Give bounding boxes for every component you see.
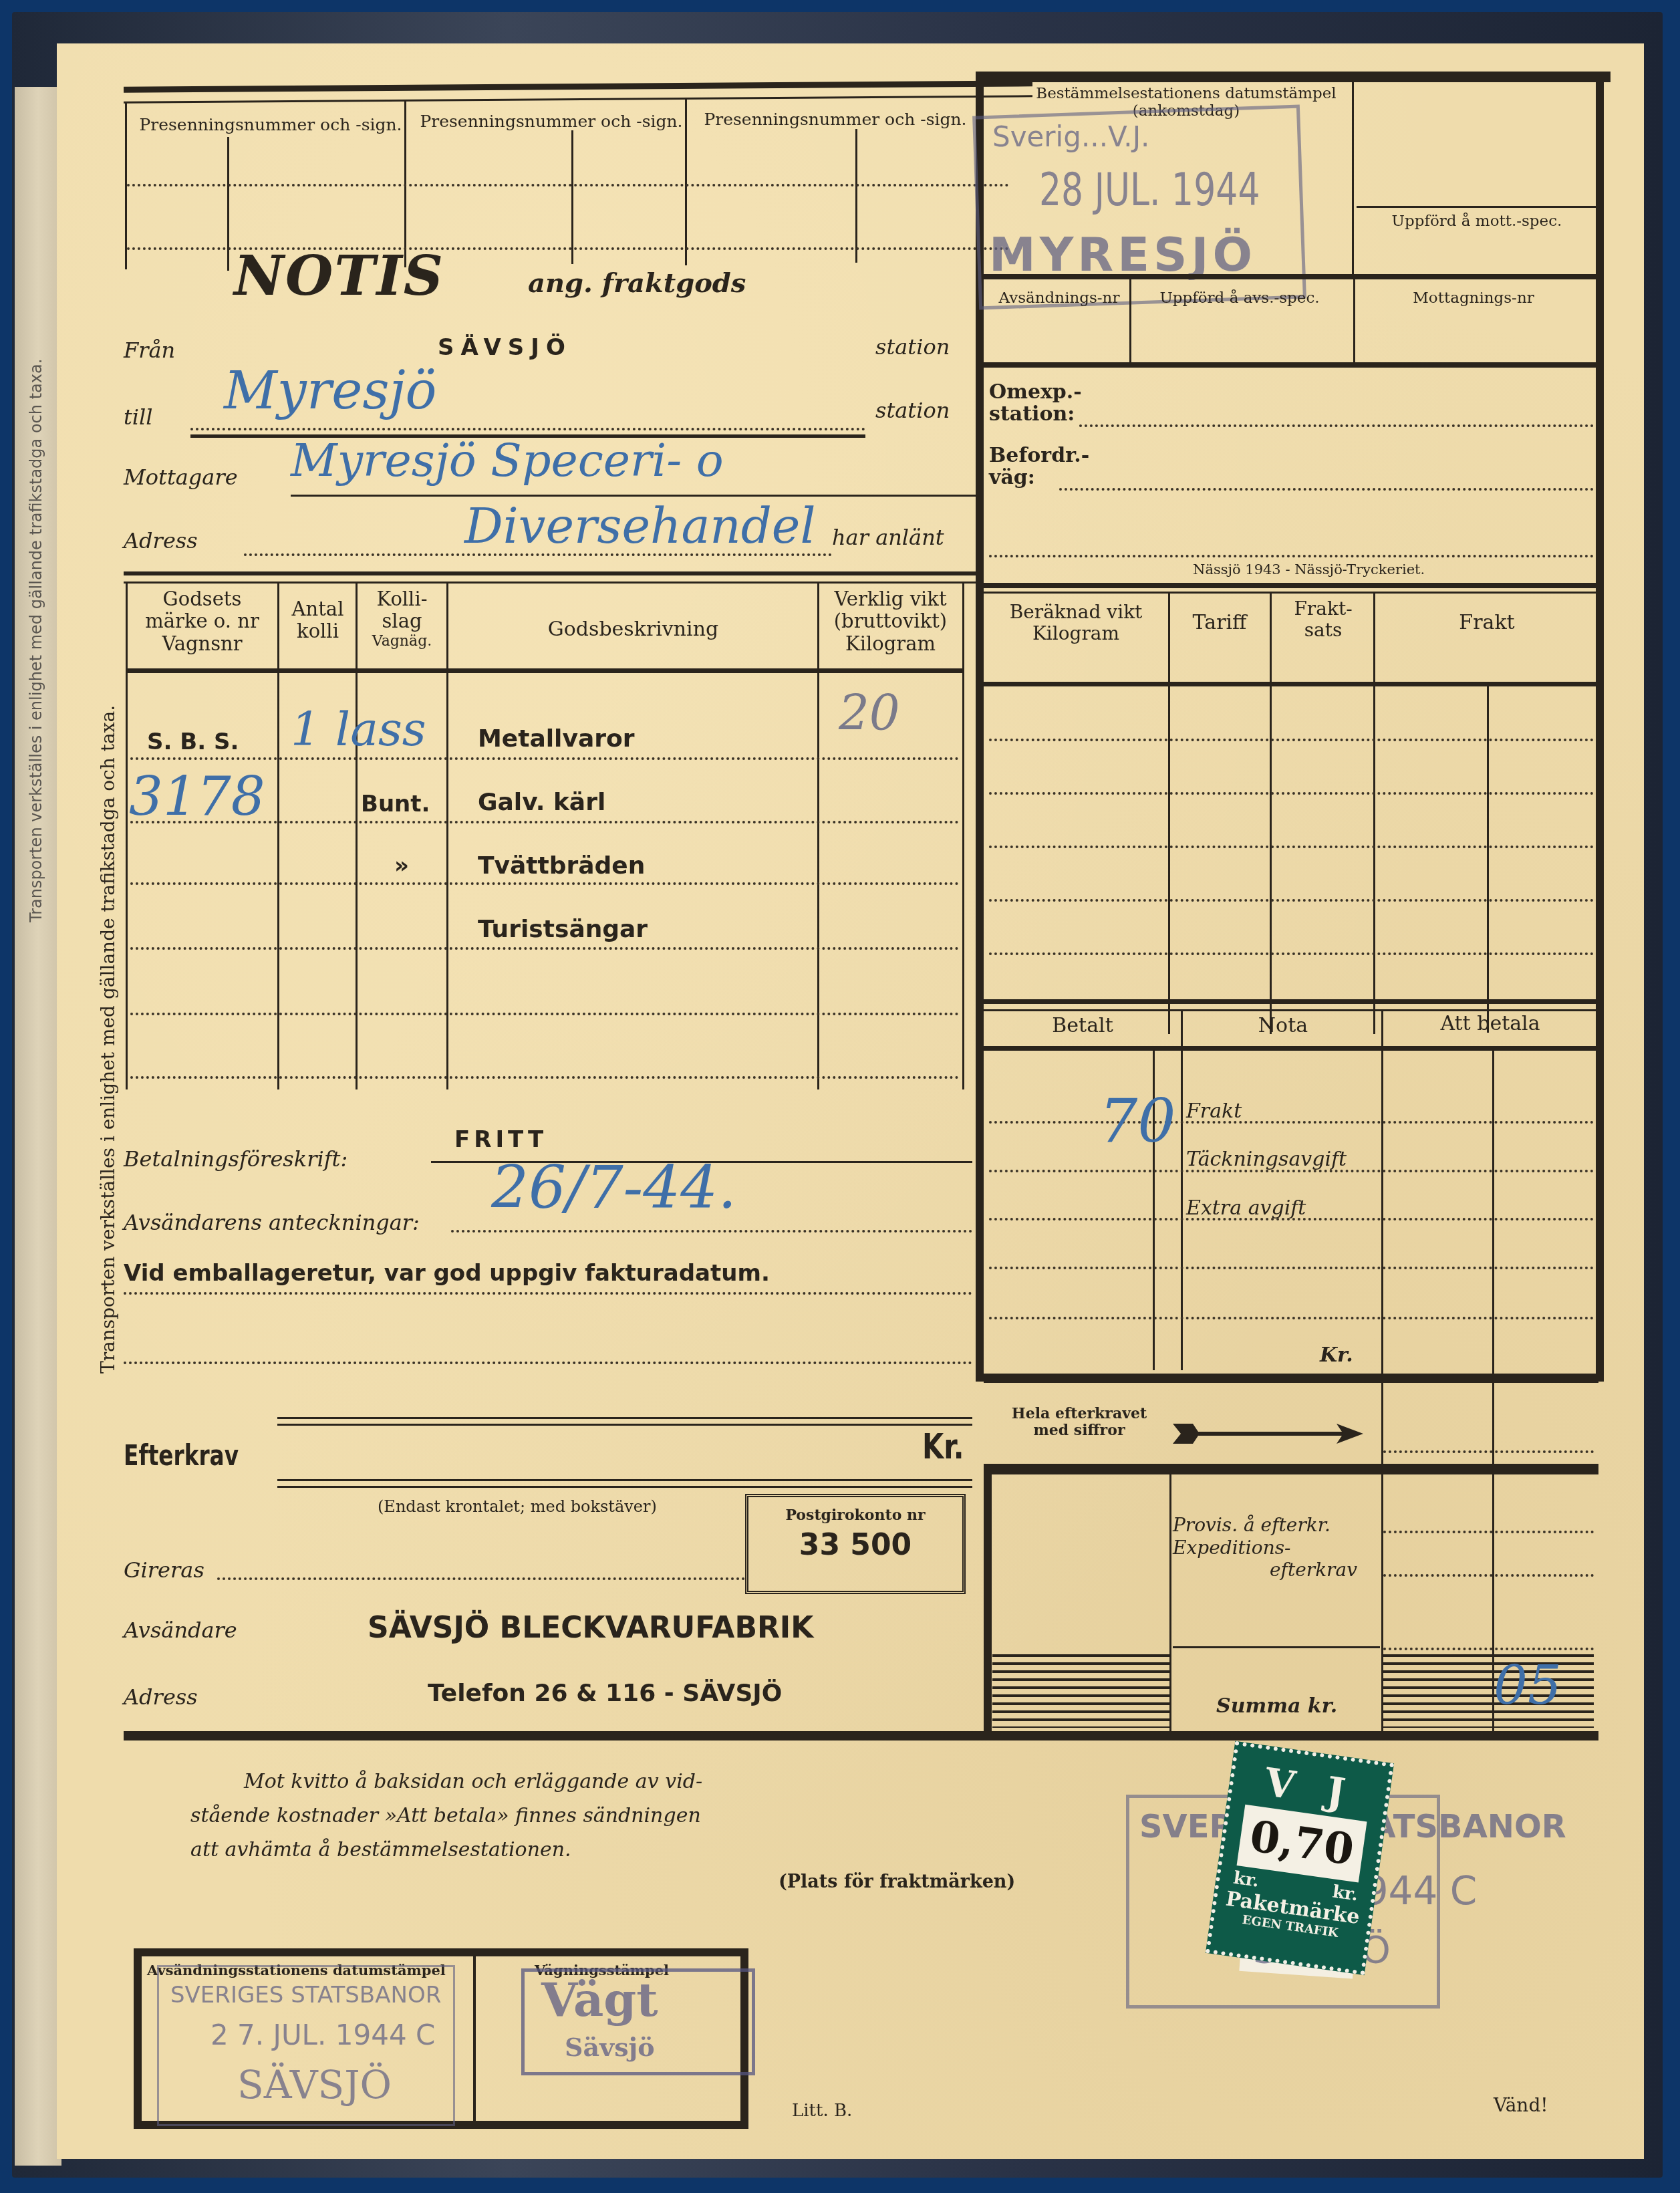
omexp-label-1: Omexp.-: [989, 381, 1082, 403]
tarpaulin-header-2: Presenningsnummer och -sign.: [418, 112, 685, 132]
recipient-handwritten[interactable]: Myresjö Speceri- o: [291, 434, 724, 487]
omexp-station-label: Omexp.- station:: [989, 381, 1082, 425]
cod-figures-label-2: med siffror: [989, 1422, 1169, 1439]
cod-amount-field[interactable]: [277, 1449, 946, 1476]
kind-header: Kolli- slag Vagnäg.: [358, 588, 446, 650]
dotted-line: [989, 739, 1594, 741]
rule: [1129, 279, 1131, 362]
goods-weight-handwritten: 20: [839, 685, 900, 741]
to-station-handwritten[interactable]: Myresjö: [224, 361, 437, 421]
payment-terms-label: Betalningsföreskrift:: [124, 1146, 347, 1172]
arrow-right-icon: [1173, 1420, 1367, 1447]
rule: [984, 1464, 1598, 1474]
rule: [126, 582, 128, 1089]
rule: [124, 1731, 1598, 1740]
kind-header-2: slag: [358, 610, 446, 632]
uppford-mott-spec-label: Uppförd å mott.-spec.: [1357, 213, 1597, 230]
tarpaulin-header-1: Presenningsnummer och -sign.: [137, 116, 404, 135]
sender-address-label: Adress: [124, 1684, 198, 1710]
to-label: till: [124, 404, 153, 430]
weight-header-1: Verklig vikt: [819, 588, 962, 610]
count-header: Antal kolli: [279, 598, 356, 643]
arrived-label: har anlänt: [832, 525, 944, 550]
dotted-line: [124, 1362, 972, 1364]
mark-header-2: märke o. nr: [127, 610, 277, 632]
rule: [277, 1424, 972, 1426]
rule: [1352, 82, 1354, 276]
dotted-line: [130, 821, 959, 823]
dotted-line: [130, 757, 959, 760]
goods-mark-handwritten: 3178: [129, 765, 265, 827]
dotted-line: [989, 792, 1594, 795]
dispatch-stamp-date: 2 7. JUL. 1944 C: [211, 2019, 435, 2051]
mark-header-3: Vagnsnr: [127, 633, 277, 655]
rule: [277, 1486, 972, 1488]
pickup-notice-1: Mot kvitto å baksidan och erläggande av …: [190, 1765, 702, 1799]
calc-weight-header: Beräknad vikt Kilogram: [986, 602, 1166, 644]
rule: [962, 582, 964, 1089]
address-label: Adress: [124, 528, 198, 553]
sender-notes-handwritten[interactable]: 26/7-44.: [491, 1153, 736, 1222]
side-legal-text: Transporten verkställes i enlighet med g…: [97, 705, 119, 1374]
freight-stamp: V J 0,70 kr. kr. Paketmärke EGEN TRAFIK: [1206, 1741, 1394, 1975]
dispatch-stamp-top: SVERIGES STATSBANOR: [170, 1982, 441, 2009]
rule: [124, 582, 976, 584]
address-handwritten[interactable]: Diversehandel: [464, 498, 815, 554]
uppford-avs-spec-label: Uppförd å avs.-spec.: [1133, 289, 1347, 307]
rule: [1169, 1474, 1171, 1731]
sum-handwritten: 05: [1494, 1654, 1562, 1716]
cod-fee-label-3: efterkrav: [1173, 1559, 1357, 1581]
dotted-line: [989, 899, 1594, 902]
rule: [227, 137, 229, 271]
rule: [1492, 1049, 1494, 1738]
cod-fee-label-1: Provis. å efterkr.: [1173, 1514, 1357, 1537]
cod-hint: (Endast krontalet; med bokstäver): [378, 1497, 657, 1516]
packaging-notice: Vid emballageretur, var god uppgiv faktu…: [124, 1260, 770, 1287]
dotted-line: [130, 947, 959, 950]
sender-address: Telefon 26 & 116 - SÄVSJÖ: [428, 1680, 782, 1707]
turn-over-note: Vänd!: [1494, 2094, 1548, 2116]
calc-weight-header-1: Beräknad vikt: [986, 602, 1166, 623]
dotted-line: [130, 882, 959, 885]
dotted-line: [989, 1317, 1594, 1319]
postgiro-box: Postgirokonto nr 33 500: [745, 1494, 966, 1594]
mark-header-1: Godsets: [127, 588, 277, 610]
pickup-notice-3: att avhämta å bestämmelsestationen.: [190, 1833, 702, 1867]
from-station: SÄVSJÖ: [438, 334, 572, 361]
destination-stamp-label-1: Bestämmelsestationens datumstämpel: [992, 85, 1380, 102]
frakt-row-label: Frakt: [1186, 1100, 1242, 1123]
befordr-vag-label: Befordr.- väg:: [989, 444, 1089, 489]
dotted-line: [130, 1076, 959, 1079]
to-pay-header: Att betala: [1387, 1013, 1594, 1036]
rule: [277, 1417, 972, 1419]
hatched-area: [992, 1654, 1169, 1728]
kind-header-1: Kolli-: [358, 588, 446, 610]
rule: [126, 668, 964, 673]
sum-label: Summa kr.: [1216, 1694, 1337, 1718]
weight-header-3: Kilogram: [819, 633, 962, 655]
document-subtitle: ang. fraktgods: [528, 267, 746, 299]
sender-notes-label: Avsändarens anteckningar:: [124, 1210, 420, 1235]
rule: [984, 583, 1598, 588]
omexp-station-field[interactable]: [1079, 424, 1594, 427]
dotted-line: [989, 952, 1594, 955]
printer-imprint: Nässjö 1943 - Nässjö-Tryckeriet.: [1193, 561, 1425, 577]
freight-header: Frakt: [1377, 612, 1597, 635]
rule: [1487, 685, 1489, 1033]
goods-description: Tvättbräden: [478, 852, 645, 880]
rate-header: Frakt- sats: [1273, 598, 1373, 641]
rule: [1373, 593, 1375, 1034]
cod-figures-label-1: Hela efterkravet: [989, 1406, 1169, 1422]
postgiro-label: Postgirokonto nr: [748, 1507, 962, 1524]
paid-header: Betalt: [992, 1015, 1173, 1038]
arrival-stamp-top: Sverig...V.J.: [992, 120, 1149, 153]
rule: [855, 129, 857, 263]
cod-figures-label: Hela efterkravet med siffror: [989, 1406, 1169, 1440]
rule: [984, 1374, 1598, 1383]
rate-header-1: Frakt-: [1273, 598, 1373, 620]
rule: [277, 1479, 972, 1481]
cod-fees-labels: Provis. å efterkr. Expeditions- efterkra…: [1173, 1514, 1357, 1581]
weighing-stamp-station: Sävsjö: [565, 2032, 655, 2062]
rule: [984, 1009, 1598, 1011]
rule: [1357, 206, 1597, 208]
recipient-label: Mottagare: [124, 465, 238, 490]
tariff-header: Tariff: [1169, 612, 1270, 635]
omexp-label-2: station:: [989, 403, 1082, 425]
rule: [124, 571, 976, 575]
goods-description: Metallvaror: [478, 725, 634, 753]
payment-terms-value: FRITT: [454, 1126, 547, 1153]
rule: [571, 130, 573, 264]
rule: [984, 592, 1598, 594]
dotted-line: [127, 184, 1009, 186]
cod-fee-label-2: Expeditions-: [1173, 1537, 1357, 1559]
gireras-field[interactable]: [217, 1577, 745, 1580]
dotted-line: [244, 553, 832, 556]
payment-total-label: Kr.: [1320, 1343, 1353, 1367]
dotted-line: [989, 555, 1594, 557]
dotted-line: [1383, 1450, 1594, 1453]
rule: [1173, 1646, 1380, 1648]
goods-description: Turistsängar: [478, 916, 648, 943]
tarpaulin-header-3: Presenningsnummer och -sign.: [695, 110, 976, 130]
befordr-label-2: väg:: [989, 467, 1089, 489]
weighing-stamp-text: Vägt: [541, 1972, 658, 2027]
rule: [984, 274, 1598, 279]
dotted-line: [989, 1267, 1594, 1269]
rule: [685, 98, 687, 265]
calc-weight-header-2: Kilogram: [986, 623, 1166, 644]
hatched-area: [1383, 1654, 1594, 1728]
befordr-vag-field[interactable]: [1059, 488, 1594, 491]
rule: [976, 72, 1611, 82]
dotted-line: [130, 1013, 959, 1015]
rule: [984, 682, 1598, 686]
weight-header-2: (bruttovikt): [819, 610, 962, 632]
dotted-line: [1383, 1574, 1594, 1577]
pickup-notice: Mot kvitto å baksidan och erläggande av …: [190, 1765, 702, 1867]
rule: [984, 1046, 1598, 1051]
goods-kind: Bunt.: [361, 791, 430, 817]
nota-header: Nota: [1186, 1015, 1380, 1038]
sleeve-side-text: Transporten verkställes i enlighet med g…: [27, 359, 45, 922]
dotted-line: [989, 846, 1594, 848]
station-label: station: [875, 334, 950, 360]
goods-mark: S. B. S.: [147, 729, 239, 755]
rule: [291, 495, 979, 497]
rule: [1168, 593, 1170, 1034]
goods-kind: »: [394, 852, 409, 879]
dispatch-stamp-station: SÄVSJÖ: [237, 2062, 392, 2107]
goods-description: Galv. kärl: [478, 789, 605, 816]
count-header-1: Antal: [279, 598, 356, 620]
dotted-line: [124, 1292, 972, 1295]
befordr-label-1: Befordr.-: [989, 444, 1089, 467]
sender-label: Avsändare: [124, 1618, 237, 1643]
tackningsavgift-row-label: Täckningsavgift: [1186, 1148, 1347, 1171]
rule: [1270, 593, 1272, 1034]
kind-header-3: Vagnäg.: [358, 633, 446, 650]
dotted-line: [1383, 1648, 1594, 1650]
dotted-line: [989, 1170, 1594, 1172]
dotted-line: [190, 428, 865, 430]
paid-amount-handwritten: 70: [1099, 1086, 1176, 1156]
dotted-line: [451, 1230, 972, 1233]
dotted-line: [1383, 1531, 1594, 1533]
rate-header-2: sats: [1273, 620, 1373, 641]
pickup-notice-2: stående kostnader »Att betala» finnes sä…: [190, 1799, 702, 1833]
mark-header: Godsets märke o. nr Vagnsnr: [127, 588, 277, 655]
weight-header: Verklig vikt (bruttovikt) Kilogram: [819, 588, 962, 655]
avsandnings-nr-label: Avsändnings-nr: [989, 289, 1129, 307]
sender-name: SÄVSJÖ BLECKVARUFABRIK: [368, 1611, 813, 1645]
dotted-line: [989, 1218, 1594, 1220]
description-header: Godsbeskrivning: [448, 618, 819, 642]
stamp-place-label: (Plats för fraktmärken): [779, 1872, 1015, 1892]
rule: [1181, 1009, 1183, 1370]
rule: [1353, 279, 1355, 362]
cod-label: Efterkrav: [124, 1439, 239, 1472]
form-code: Litt. B.: [792, 2101, 852, 2121]
dotted-line: [989, 1121, 1594, 1124]
rule: [984, 999, 1598, 1004]
from-label: Från: [124, 338, 175, 363]
count-header-2: kolli: [279, 620, 356, 642]
postgiro-number: 33 500: [748, 1528, 962, 1562]
goods-count-handwritten: 1 lass: [291, 702, 426, 757]
sleeve-edge: Transporten verkställes i enlighet med g…: [15, 87, 61, 2166]
station-label-2: station: [875, 398, 950, 423]
extra-avgift-row-label: Extra avgift: [1186, 1196, 1306, 1220]
rule: [473, 1955, 476, 2122]
rule: [124, 95, 1032, 103]
freight-notice-document: Transporten verkställes i enlighet med g…: [57, 43, 1644, 2159]
rule: [984, 362, 1598, 368]
document-title: NOTIS: [234, 244, 444, 308]
rule: [1596, 72, 1604, 1382]
mottagnings-nr-label: Mottagnings-nr: [1357, 289, 1590, 307]
gireras-label: Gireras: [124, 1557, 204, 1583]
arrival-stamp-date: 28 JUL. 1944: [1039, 164, 1260, 217]
rule: [124, 80, 1032, 92]
rule: [984, 1464, 992, 1731]
